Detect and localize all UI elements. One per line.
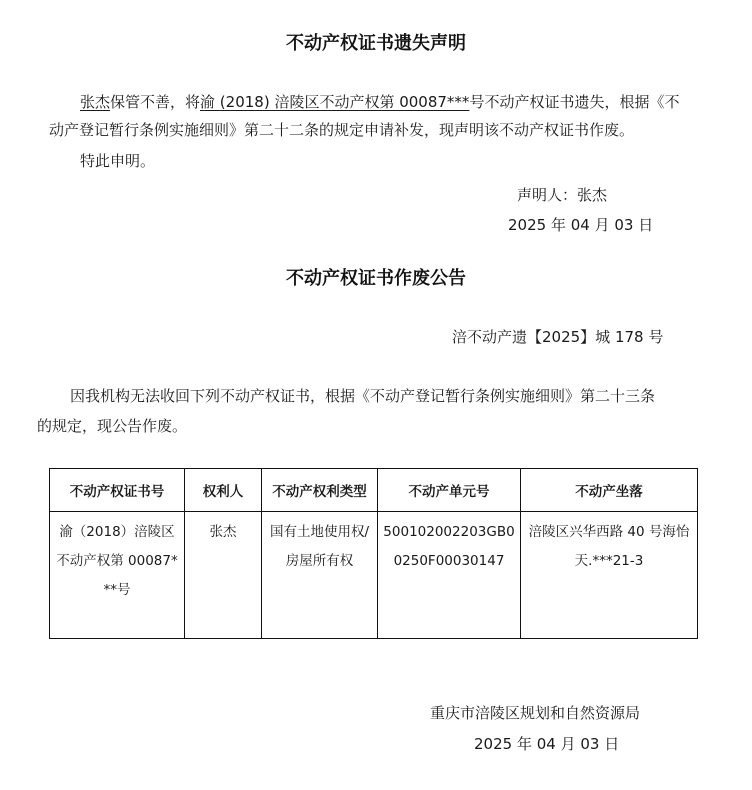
announcement-body-line-1: 因我机构无法收回下列不动产权证书，根据《不动产登记暂行条例实施细则》第二十三条: [70, 385, 655, 406]
declaration-text-2: 号不动产权证书遗失，根据《不: [469, 93, 679, 111]
header-unit-number: 不动产单元号: [378, 469, 521, 512]
cell-certificate-number: 渝（2018）涪陵区不动产权第 00087***号: [50, 512, 185, 639]
header-certificate-number: 不动产权证书号: [50, 469, 185, 512]
header-right-type: 不动产权利类型: [262, 469, 378, 512]
cell-unit-number: 500102002203GB00250F00030147: [378, 512, 521, 639]
issuer-name: 重庆市涪陵区规划和自然资源局: [430, 702, 640, 723]
cell-right-holder: 张杰: [185, 512, 262, 639]
header-right-holder: 权利人: [185, 469, 262, 512]
header-location: 不动产坐落: [521, 469, 698, 512]
declaration-text-1: 保管不善，将: [110, 93, 200, 111]
cell-location: 涪陵区兴华西路 40 号海怡天.***21-3: [521, 512, 698, 639]
announcement-date: 2025 年 04 月 03 日: [474, 733, 619, 754]
certificate-number: 渝 (2018) 涪陵区不动产权第 00087***: [200, 93, 469, 111]
declaration-paragraph-line-2: 动产登记暂行条例实施细则》第二十二条的规定申请补发，现声明该不动产权证书作废。: [49, 114, 634, 147]
declaration-date: 2025 年 04 月 03 日: [508, 214, 653, 235]
declarant-name: 张杰: [80, 93, 110, 111]
table-header-row: 不动产权证书号 权利人 不动产权利类型 不动产单元号 不动产坐落: [50, 469, 698, 512]
announcement-body-line-2: 的规定，现公告作废。: [37, 415, 187, 436]
announcement-doc-number: 涪不动产遗【2025】城 178 号: [452, 326, 663, 347]
declarant-signature: 声明人：张杰: [517, 184, 607, 205]
voided-certificates-table: 不动产权证书号 权利人 不动产权利类型 不动产单元号 不动产坐落 渝（2018）…: [49, 468, 698, 639]
table-row: 渝（2018）涪陵区不动产权第 00087***号 张杰 国有土地使用权/房屋所…: [50, 512, 698, 639]
cell-right-type: 国有土地使用权/房屋所有权: [262, 512, 378, 639]
announcement-title: 不动产权证书作废公告: [0, 264, 752, 290]
declaration-closing: 特此申明。: [80, 145, 155, 178]
declaration-title: 不动产权证书遗失声明: [0, 29, 752, 55]
